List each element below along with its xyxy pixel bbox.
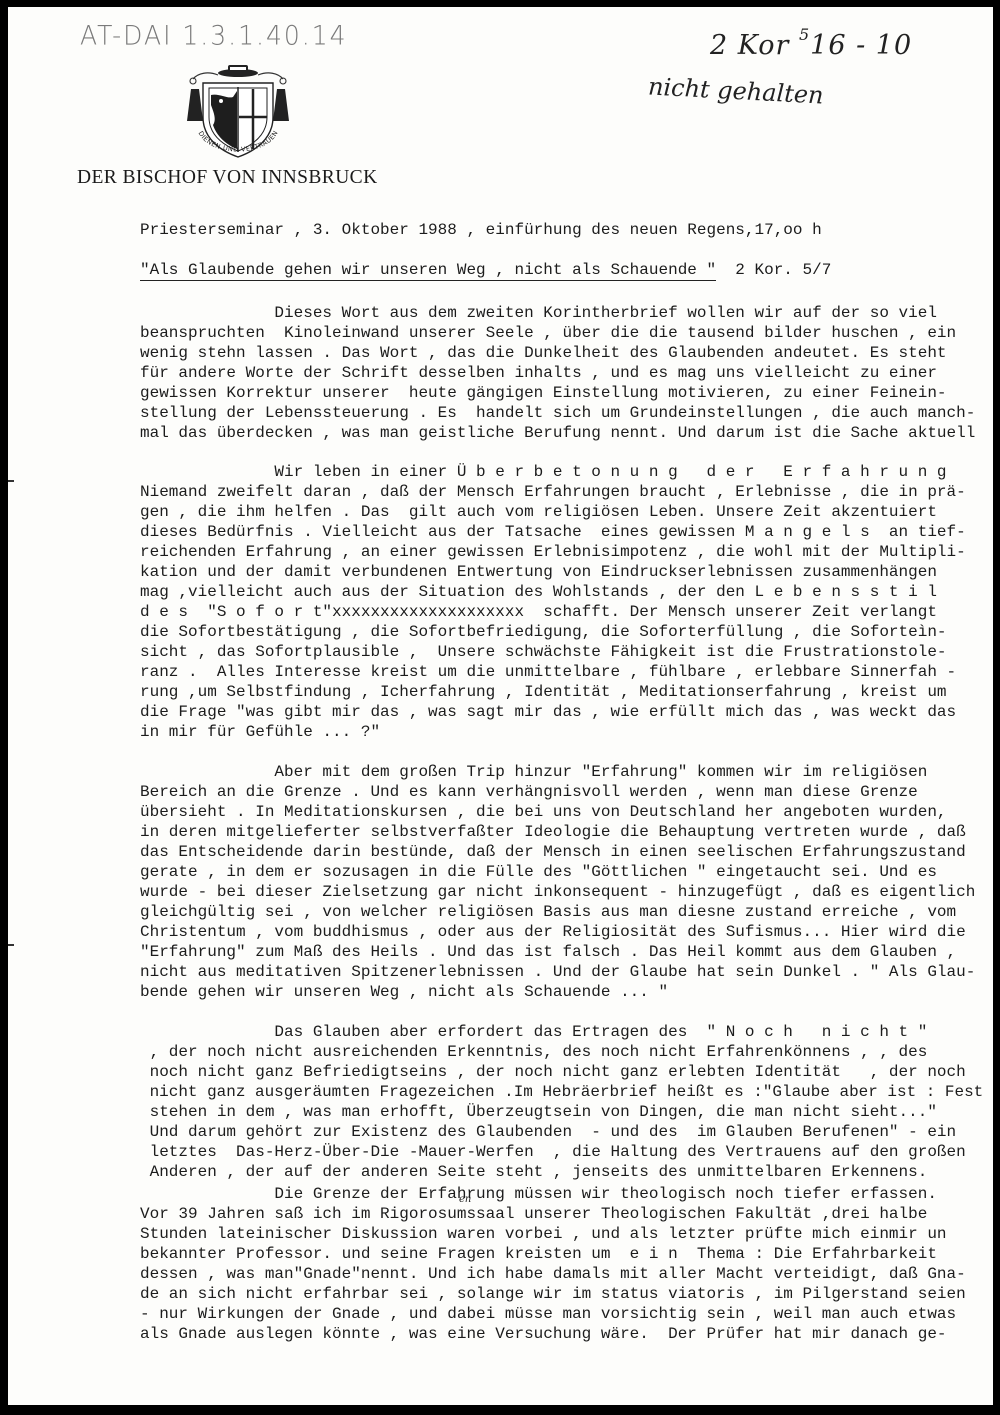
text-line: reichenden Erfahrung , an einer gewissen… [140, 542, 966, 562]
text-line: als Gnade auslegen könnte , was eine Ver… [140, 1324, 947, 1344]
handwritten-correction: en [459, 1194, 471, 1205]
header-line: Priesterseminar , 3. Oktober 1988 , einf… [140, 220, 822, 240]
text-line: nicht aus meditativen Spitzenerlebnissen… [140, 962, 975, 982]
text-line: Wir leben in einer Ü b e r b e t o n u n… [140, 462, 947, 482]
text-line: sicht , das Sofortplausible , Unsere sch… [140, 642, 947, 662]
text-line: gerate , in dem er sozusagen in die Füll… [140, 862, 937, 882]
sermon-title: "Als Glaubende gehen wir unseren Weg , n… [140, 260, 831, 280]
margin-mark [8, 944, 14, 946]
text-line: wenig stehn lassen . Das Wort , das die … [140, 343, 947, 363]
handwritten-ref-main: 2 Kor [710, 30, 799, 61]
text-line: die Frage "was gibt mir das , was sagt m… [140, 702, 956, 722]
text-line: übersieht . In Meditationskursen , die b… [140, 802, 947, 822]
title-spacer [716, 261, 735, 279]
text-line: für andere Worte der Schrift desselben i… [140, 363, 937, 383]
text-line: Stunden lateinischer Diskussion waren vo… [140, 1224, 947, 1244]
text-line: Vor 39 Jahren saß ich im Rigorosumssaal … [140, 1204, 927, 1224]
text-line: beanspruchten Kinoleinwand unserer Seele… [140, 323, 956, 343]
text-line: Niemand zweifelt daran , daß der Mensch … [140, 482, 966, 502]
text-line: Das Glauben aber erfordert das Ertragen … [140, 1022, 927, 1042]
text-line: mag ,vielleicht auch aus der Situation d… [140, 582, 937, 602]
text-line: de an sich nicht erfahrbar sei , solange… [140, 1284, 966, 1304]
handwritten-bible-reference: 2 Kor 516 - 10 [710, 29, 912, 61]
text-line: Anderen , der auf der anderen Seite steh… [140, 1162, 927, 1182]
text-line: mal das überdecken , was man geistliche … [140, 423, 975, 443]
text-line: Aber mit dem großen Trip hinzur "Erfahru… [140, 762, 927, 782]
text-line: letztes Das-Herz-Über-Die -Mauer-Werfen … [140, 1142, 966, 1162]
text-line: Dieses Wort aus dem zweiten Korintherbri… [140, 303, 937, 323]
text-line: stellung der Lebenssteuerung . Es handel… [140, 403, 975, 423]
text-line: - nur Wirkungen der Gnade , und dabei mü… [140, 1304, 956, 1324]
archive-signature: AT-DAI 1.3.1.40.14 [80, 20, 348, 50]
coat-of-arms-icon: DIENEN UND VERTRAUEN [183, 59, 293, 164]
text-line: in deren mitgelieferter selbstverfaßter … [140, 822, 966, 842]
text-line: d e s "S o f o r t"xxxxxxxxxxxxxxxxxxxx … [140, 602, 937, 622]
text-line: Bereich an die Grenze . Und es kann verh… [140, 782, 918, 802]
text-line: das Entscheidende darin bestünde, daß de… [140, 842, 966, 862]
letterhead-title: DER BISCHOF VON INNSBRUCK [77, 167, 378, 189]
text-line: dessen , was man"Gnade"nennt. Und ich ha… [140, 1264, 966, 1284]
text-line: kation und der damit verbundenen Entwert… [140, 562, 937, 582]
title-reference: 2 Kor. 5/7 [735, 261, 831, 279]
text-line: in mir für Gefühle ... ?" [140, 722, 380, 742]
handwritten-ref-rest: 16 - 10 [810, 30, 912, 61]
text-line: "Erfahrung" zum Maß des Heils . Und das … [140, 942, 956, 962]
title-quote: "Als Glaubende gehen wir unseren Weg , n… [140, 261, 716, 281]
text-line: Die Grenze der Erfahrung müssen wir theo… [140, 1184, 937, 1204]
margin-mark [8, 480, 14, 482]
text-line: dieses Bedürfnis . Vielleicht aus der Ta… [140, 522, 966, 542]
text-line: wurde - bei dieser Zielsetzung gar nicht… [140, 882, 975, 902]
text-line: bende gehen wir unseren Weg , nicht als … [140, 982, 668, 1002]
text-line: nicht ganz ausgeräumten Fragezeichen .Im… [140, 1082, 983, 1102]
handwritten-remark: nicht gehalten [647, 72, 824, 109]
text-line: Christentum , vom buddhismus , oder aus … [140, 922, 966, 942]
text-line: gewissen Korrektur unserer heute gängige… [140, 383, 947, 403]
document-page: AT-DAI 1.3.1.40.14 2 Kor 516 - 10 nicht … [8, 7, 993, 1405]
text-line: , der noch nicht ausreichenden Erkenntni… [140, 1042, 927, 1062]
text-line: gleichgültig sei , von welcher religiöse… [140, 902, 956, 922]
text-line: noch nicht ganz Befriedigtseins , der no… [140, 1062, 966, 1082]
text-line: stehen in dem , was man erhofft, Überzeu… [140, 1102, 937, 1122]
text-line: bekannter Professor. und seine Fragen kr… [140, 1244, 937, 1264]
text-line: rung ,um Selbstfindung , Icherfahrung , … [140, 682, 947, 702]
text-line: Und darum gehört zur Existenz des Glaube… [140, 1122, 956, 1142]
handwritten-ref-sup: 5 [799, 25, 810, 44]
text-line: die Sofortbestätigung , die Sofortbefrie… [140, 622, 947, 642]
text-line: gen , die ihm helfen . Das gilt auch vom… [140, 502, 937, 522]
text-line: ranz . Alles Interesse kreist um die unm… [140, 662, 956, 682]
